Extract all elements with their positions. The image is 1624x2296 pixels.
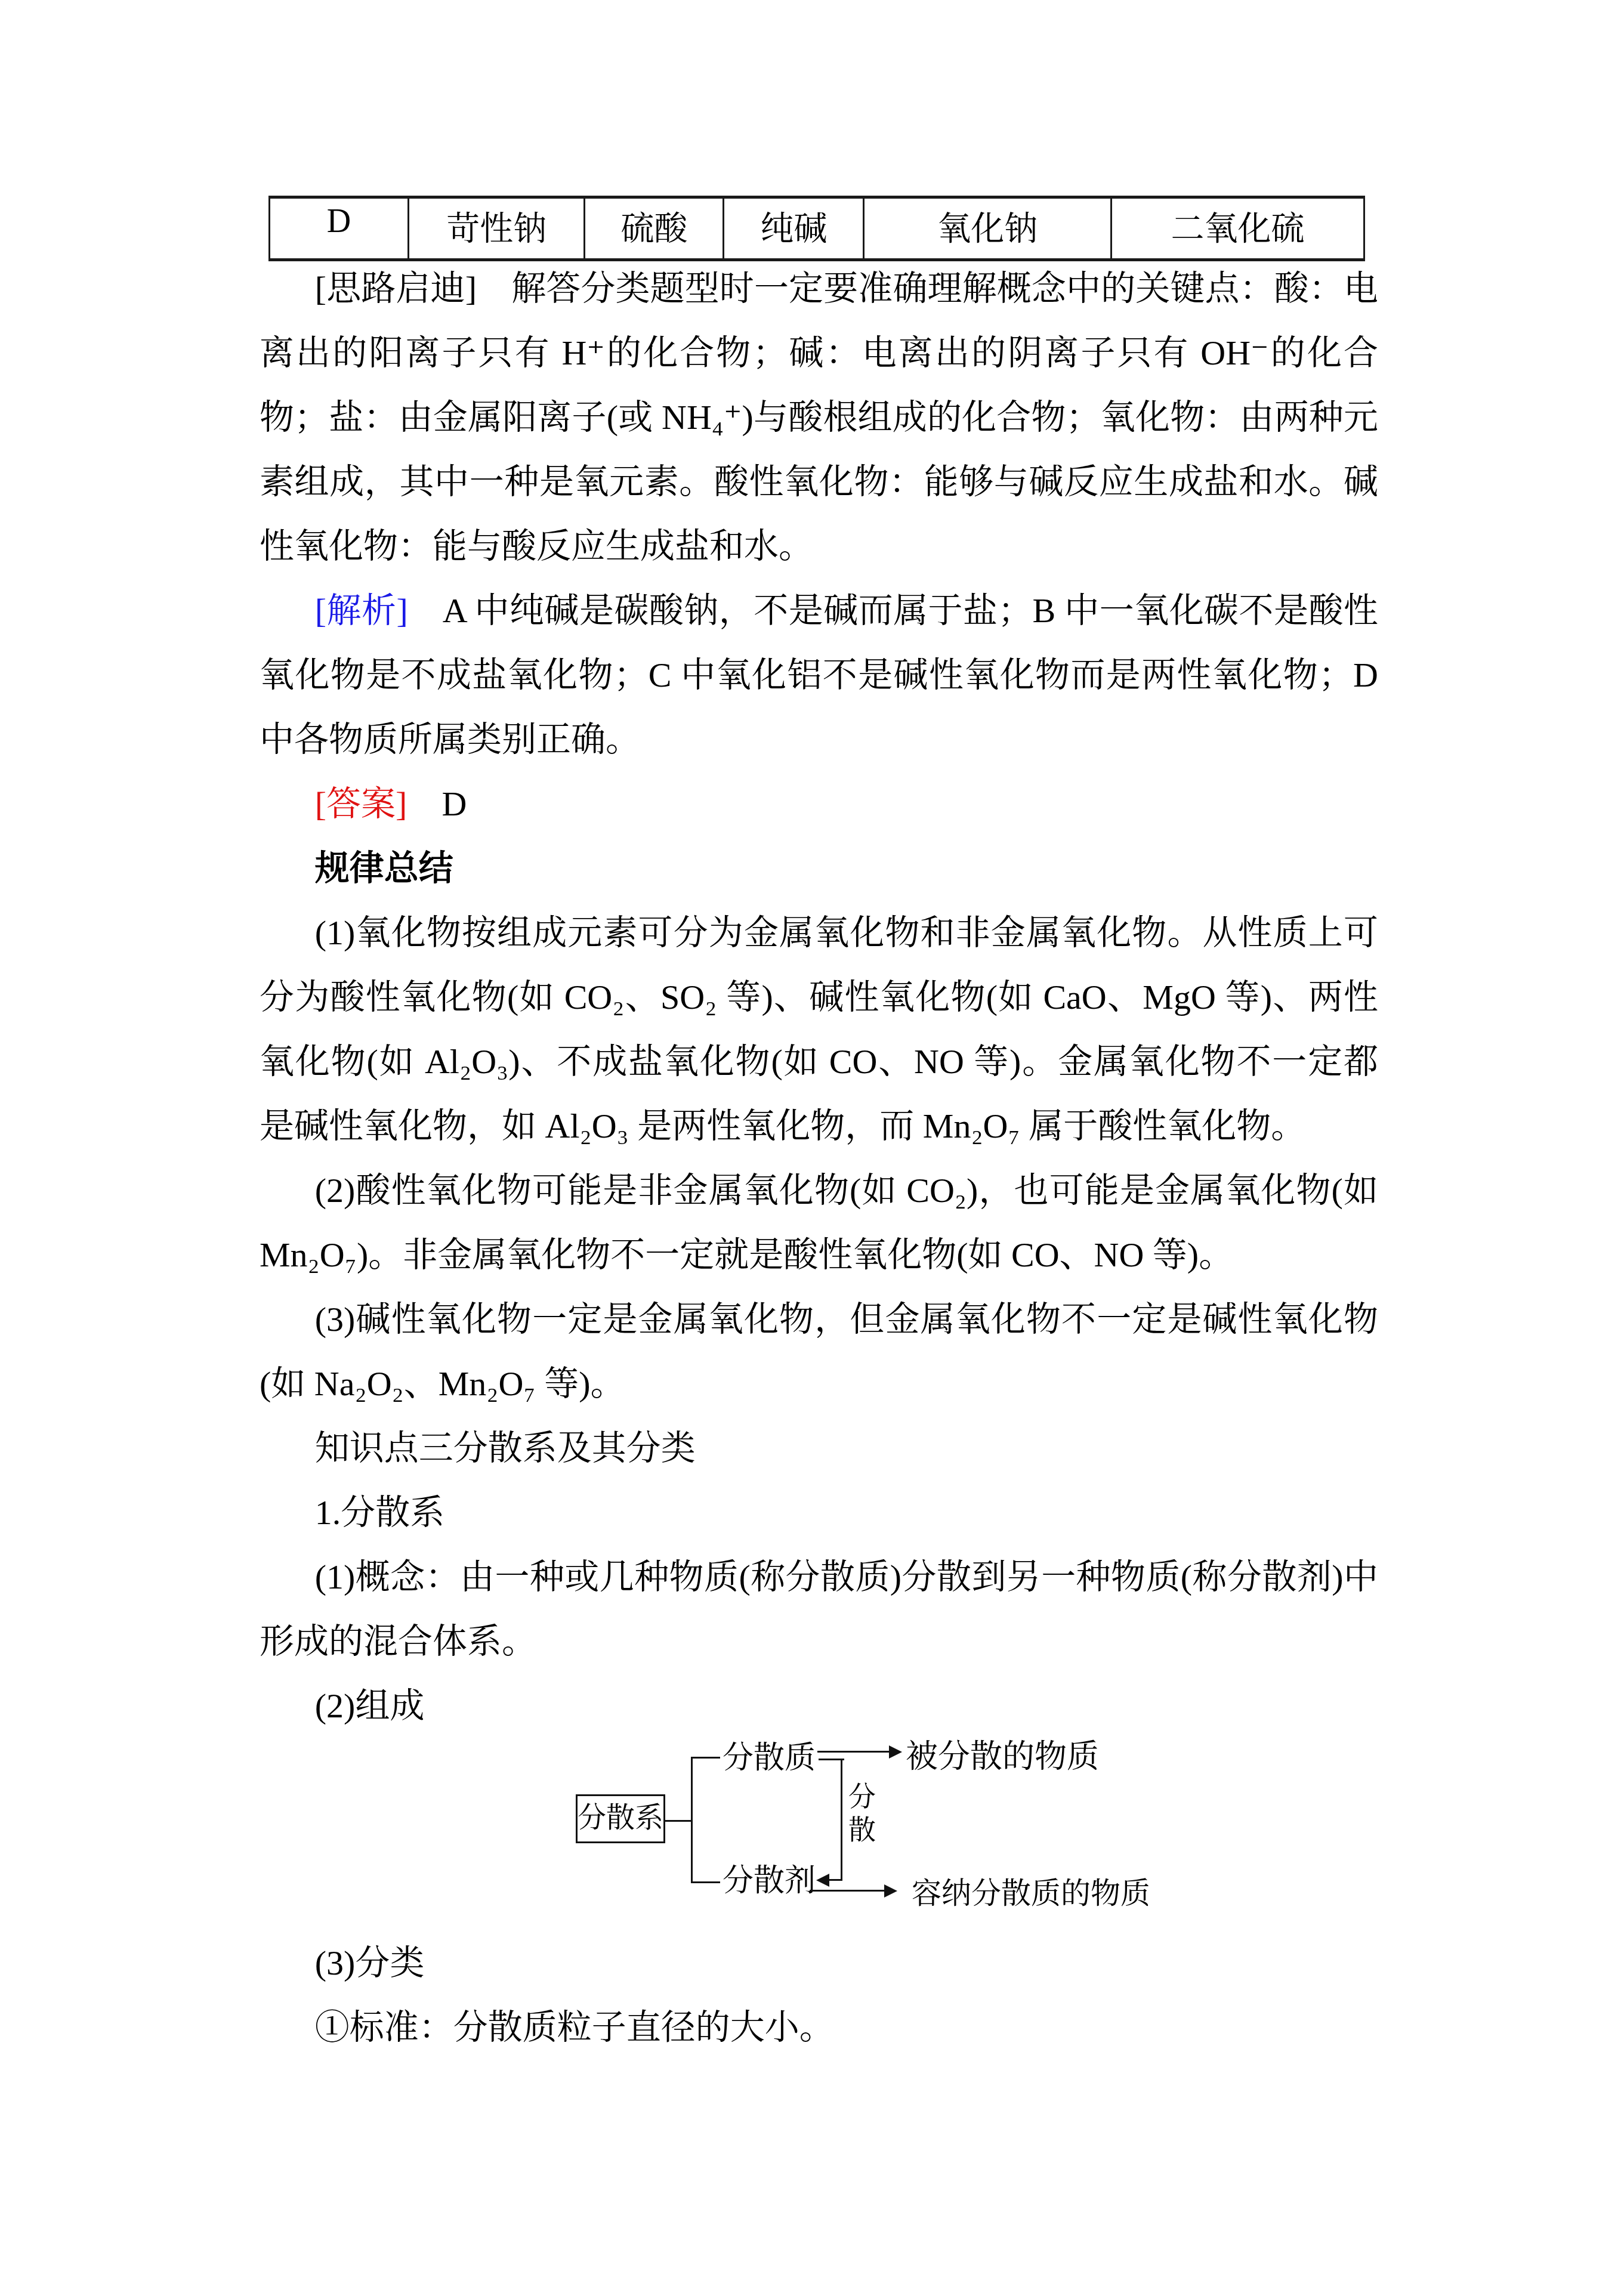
bracket-top-tick — [691, 1757, 720, 1759]
answer-text: D — [441, 784, 467, 823]
arrow-to-dispersed-meaning-line — [817, 1751, 889, 1753]
dispersed-phase-label: 分散质 — [723, 1741, 816, 1776]
thought-guide-label: [思路启迪] — [315, 269, 477, 308]
disperse-path-vertical-line — [841, 1759, 842, 1880]
paragraph-rule-3: (3)碱性氧化物一定是金属氧化物，但金属氧化物不一定是碱性氧化物(如 Na₂O₂… — [260, 1287, 1378, 1416]
knowledge-point-heading: 知识点三分散系及其分类 — [260, 1416, 1378, 1481]
arrow-to-medium-meaning-line — [810, 1890, 884, 1892]
answer-label: [答案] — [315, 784, 407, 823]
paragraph-standard: ①标准：分散质粒子直径的大小。 — [260, 1995, 1378, 2060]
dispersing-medium-meaning-label: 容纳分散质的物质 — [912, 1877, 1150, 1911]
table-cell-basic-oxide: 氧化钠 — [864, 197, 1112, 260]
arrow-right-icon — [889, 1745, 902, 1759]
disperse-action-label: 分散 — [847, 1780, 877, 1847]
arrow-left-icon — [816, 1874, 829, 1887]
table-cell-base: 苛性钠 — [409, 197, 585, 260]
paragraph-rule-2: (2)酸性氧化物可能是非金属氧化物(如 CO₂)，也可能是金属氧化物(如 Mn₂… — [260, 1158, 1378, 1287]
paragraph-concept: (1)概念：由一种或几种物质(称分散质)分散到另一种物质(称分散剂)中形成的混合… — [260, 1545, 1378, 1674]
bracket-vertical-line — [691, 1757, 693, 1883]
composition-heading: (2)组成 — [260, 1674, 1378, 1738]
classification-heading: (3)分类 — [260, 1931, 1378, 1995]
paragraph-answer: [答案]D — [260, 772, 1378, 836]
paragraph-analysis: [解析]A 中纯碱是碳酸钠，不是碱而属于盐；B 中一氧化碳不是酸性氧化物是不成盐… — [260, 579, 1378, 772]
root-connector-line — [665, 1820, 691, 1822]
paragraph-rule-1: (1)氧化物按组成元素可分为金属氧化物和非金属氧化物。从性质上可分为酸性氧化物(… — [260, 901, 1378, 1158]
document-body: [思路启迪]解答分类题型时一定要准确理解概念中的关键点：酸：电离出的阳离子只有 … — [260, 257, 1378, 2060]
thought-guide-text: 解答分类题型时一定要准确理解概念中的关键点：酸：电离出的阳离子只有 H⁺的化合物… — [260, 269, 1378, 565]
disperse-path-bottom-line — [828, 1879, 842, 1881]
bracket-bottom-tick — [691, 1881, 720, 1883]
table-cell-salt: 纯碱 — [724, 197, 864, 260]
rules-summary-heading: 规律总结 — [260, 836, 1378, 901]
dispersing-medium-label: 分散剂 — [723, 1864, 816, 1899]
dispersion-system-heading: 1.分散系 — [260, 1481, 1378, 1545]
dispersed-phase-meaning-label: 被分散的物质 — [906, 1738, 1099, 1775]
table-cell-option: D — [270, 197, 409, 260]
table-cell-acidic-oxide: 二氧化硫 — [1112, 197, 1364, 260]
options-table: D 苛性钠 硫酸 纯碱 氧化钠 二氧化硫 — [268, 196, 1365, 261]
table-row: D 苛性钠 硫酸 纯碱 氧化钠 二氧化硫 — [270, 197, 1364, 260]
analysis-label: [解析] — [315, 591, 408, 630]
analysis-text: A 中纯碱是碳酸钠，不是碱而属于盐；B 中一氧化碳不是酸性氧化物是不成盐氧化物；… — [260, 591, 1378, 759]
document-page: D 苛性钠 硫酸 纯碱 氧化钠 二氧化硫 [思路启迪]解答分类题型时一定要准确理… — [0, 0, 1624, 2296]
root-box: 分散系 — [576, 1794, 665, 1843]
root-box-label: 分散系 — [578, 1802, 663, 1834]
dispersion-system-diagram: 分散系 分散质 被分散的物质 分散 分散剂 容纳分散质的物质 — [260, 1738, 1378, 1931]
arrow-right-icon — [884, 1884, 897, 1898]
paragraph-thought-guide: [思路启迪]解答分类题型时一定要准确理解概念中的关键点：酸：电离出的阳离子只有 … — [260, 257, 1378, 579]
table-cell-acid: 硫酸 — [585, 197, 724, 260]
